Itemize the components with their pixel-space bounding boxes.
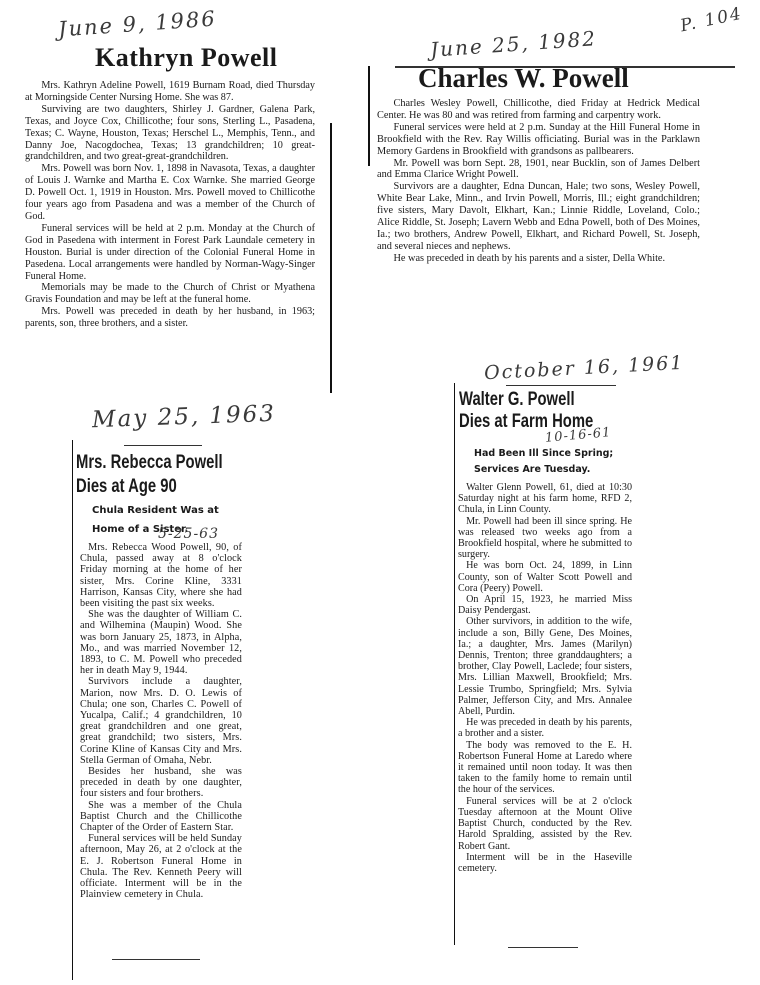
obituary-body: Walter Glenn Powell, 61, died at 10:30 S… <box>458 482 632 874</box>
paragraph: Survivors include a daughter, Marion, no… <box>80 676 242 766</box>
column-rule <box>330 123 332 393</box>
handwritten-date: May 25, 1963 <box>92 401 277 433</box>
paragraph: Mrs. Powell was preceded in death by her… <box>25 306 315 330</box>
page-number-note: P. 104 <box>679 4 745 37</box>
obituary-body: Mrs. Rebecca Wood Powell, 90, of Chula, … <box>80 542 242 901</box>
paragraph: Funeral services will be at 2 o'clock Tu… <box>458 796 632 852</box>
paragraph: Memorials may be made to the Church of C… <box>25 282 315 306</box>
paragraph: He was born Oct. 24, 1899, in Linn Count… <box>458 560 632 594</box>
paragraph: Mrs. Rebecca Wood Powell, 90, of Chula, … <box>80 542 242 609</box>
paragraph: He was preceded in death by his parents,… <box>458 717 632 739</box>
paragraph: Funeral services were held at 2 p.m. Sun… <box>377 122 700 158</box>
headline-line: Dies at Age 90 <box>76 475 216 499</box>
paragraph: Walter Glenn Powell, 61, died at 10:30 S… <box>458 482 632 516</box>
headline-rule <box>124 445 202 446</box>
subhead-line: Services Are Tuesday. <box>474 462 613 478</box>
headline-rule <box>506 385 616 386</box>
paragraph: The body was removed to the E. H. Robert… <box>458 740 632 796</box>
handwritten-date: October 16, 1961 <box>484 352 685 384</box>
handwritten-date: June 9, 1986 <box>57 6 217 41</box>
paragraph: Mr. Powell was born Sept. 28, 1901, near… <box>377 158 700 182</box>
end-rule <box>508 947 578 948</box>
column-rule <box>72 440 73 980</box>
paragraph: Survivors are a daughter, Edna Duncan, H… <box>377 181 700 252</box>
obituary-body: Mrs. Kathryn Adeline Powell, 1619 Burnam… <box>25 80 315 330</box>
paragraph: Mr. Powell had been ill since spring. He… <box>458 516 632 561</box>
paragraph: She was the daughter of William C. and W… <box>80 609 242 676</box>
handwritten-date: June 25, 1982 <box>429 26 597 62</box>
obituary-headline: Kathryn Powell <box>95 43 278 73</box>
paragraph: Charles Wesley Powell, Chillicothe, died… <box>377 98 700 122</box>
handwritten-note: 5-25-63 <box>158 526 219 542</box>
obituary-subhead: Had Been Ill Since Spring; Services Are … <box>474 446 613 477</box>
obituary-headline: Mrs. Rebecca Powell Dies at Age 90 <box>76 451 216 499</box>
paragraph: Besides her husband, she was preceded in… <box>80 766 242 800</box>
paragraph: She was a member of the Chula Baptist Ch… <box>80 800 242 834</box>
paragraph: Interment will be in the Haseville cemet… <box>458 852 632 874</box>
obituary-headline: Walter G. Powell Dies at Farm Home <box>459 389 593 433</box>
paragraph: Funeral services will be held Sunday aft… <box>80 833 242 900</box>
paragraph: On April 15, 1923, he married Miss Daisy… <box>458 594 632 616</box>
paragraph: Other survivors, in addition to the wife… <box>458 616 632 717</box>
paragraph: Mrs. Powell was born Nov. 1, 1898 in Nav… <box>25 163 315 223</box>
obituary-headline: Charles W. Powell <box>418 64 629 92</box>
column-rule <box>454 383 455 945</box>
end-rule <box>112 959 200 960</box>
obituary-body: Charles Wesley Powell, Chillicothe, died… <box>377 98 700 265</box>
paragraph: He was preceded in death by his parents … <box>377 253 700 265</box>
headline-line: Walter G. Powell <box>459 389 593 411</box>
subhead-line: Had Been Ill Since Spring; <box>474 446 613 462</box>
column-rule <box>368 66 370 166</box>
subhead-line: Chula Resident Was at <box>92 501 252 520</box>
paragraph: Funeral services will be held at 2 p.m. … <box>25 223 315 283</box>
paragraph: Surviving are two daughters, Shirley J. … <box>25 104 315 164</box>
headline-line: Mrs. Rebecca Powell <box>76 451 216 475</box>
paragraph: Mrs. Kathryn Adeline Powell, 1619 Burnam… <box>25 80 315 104</box>
